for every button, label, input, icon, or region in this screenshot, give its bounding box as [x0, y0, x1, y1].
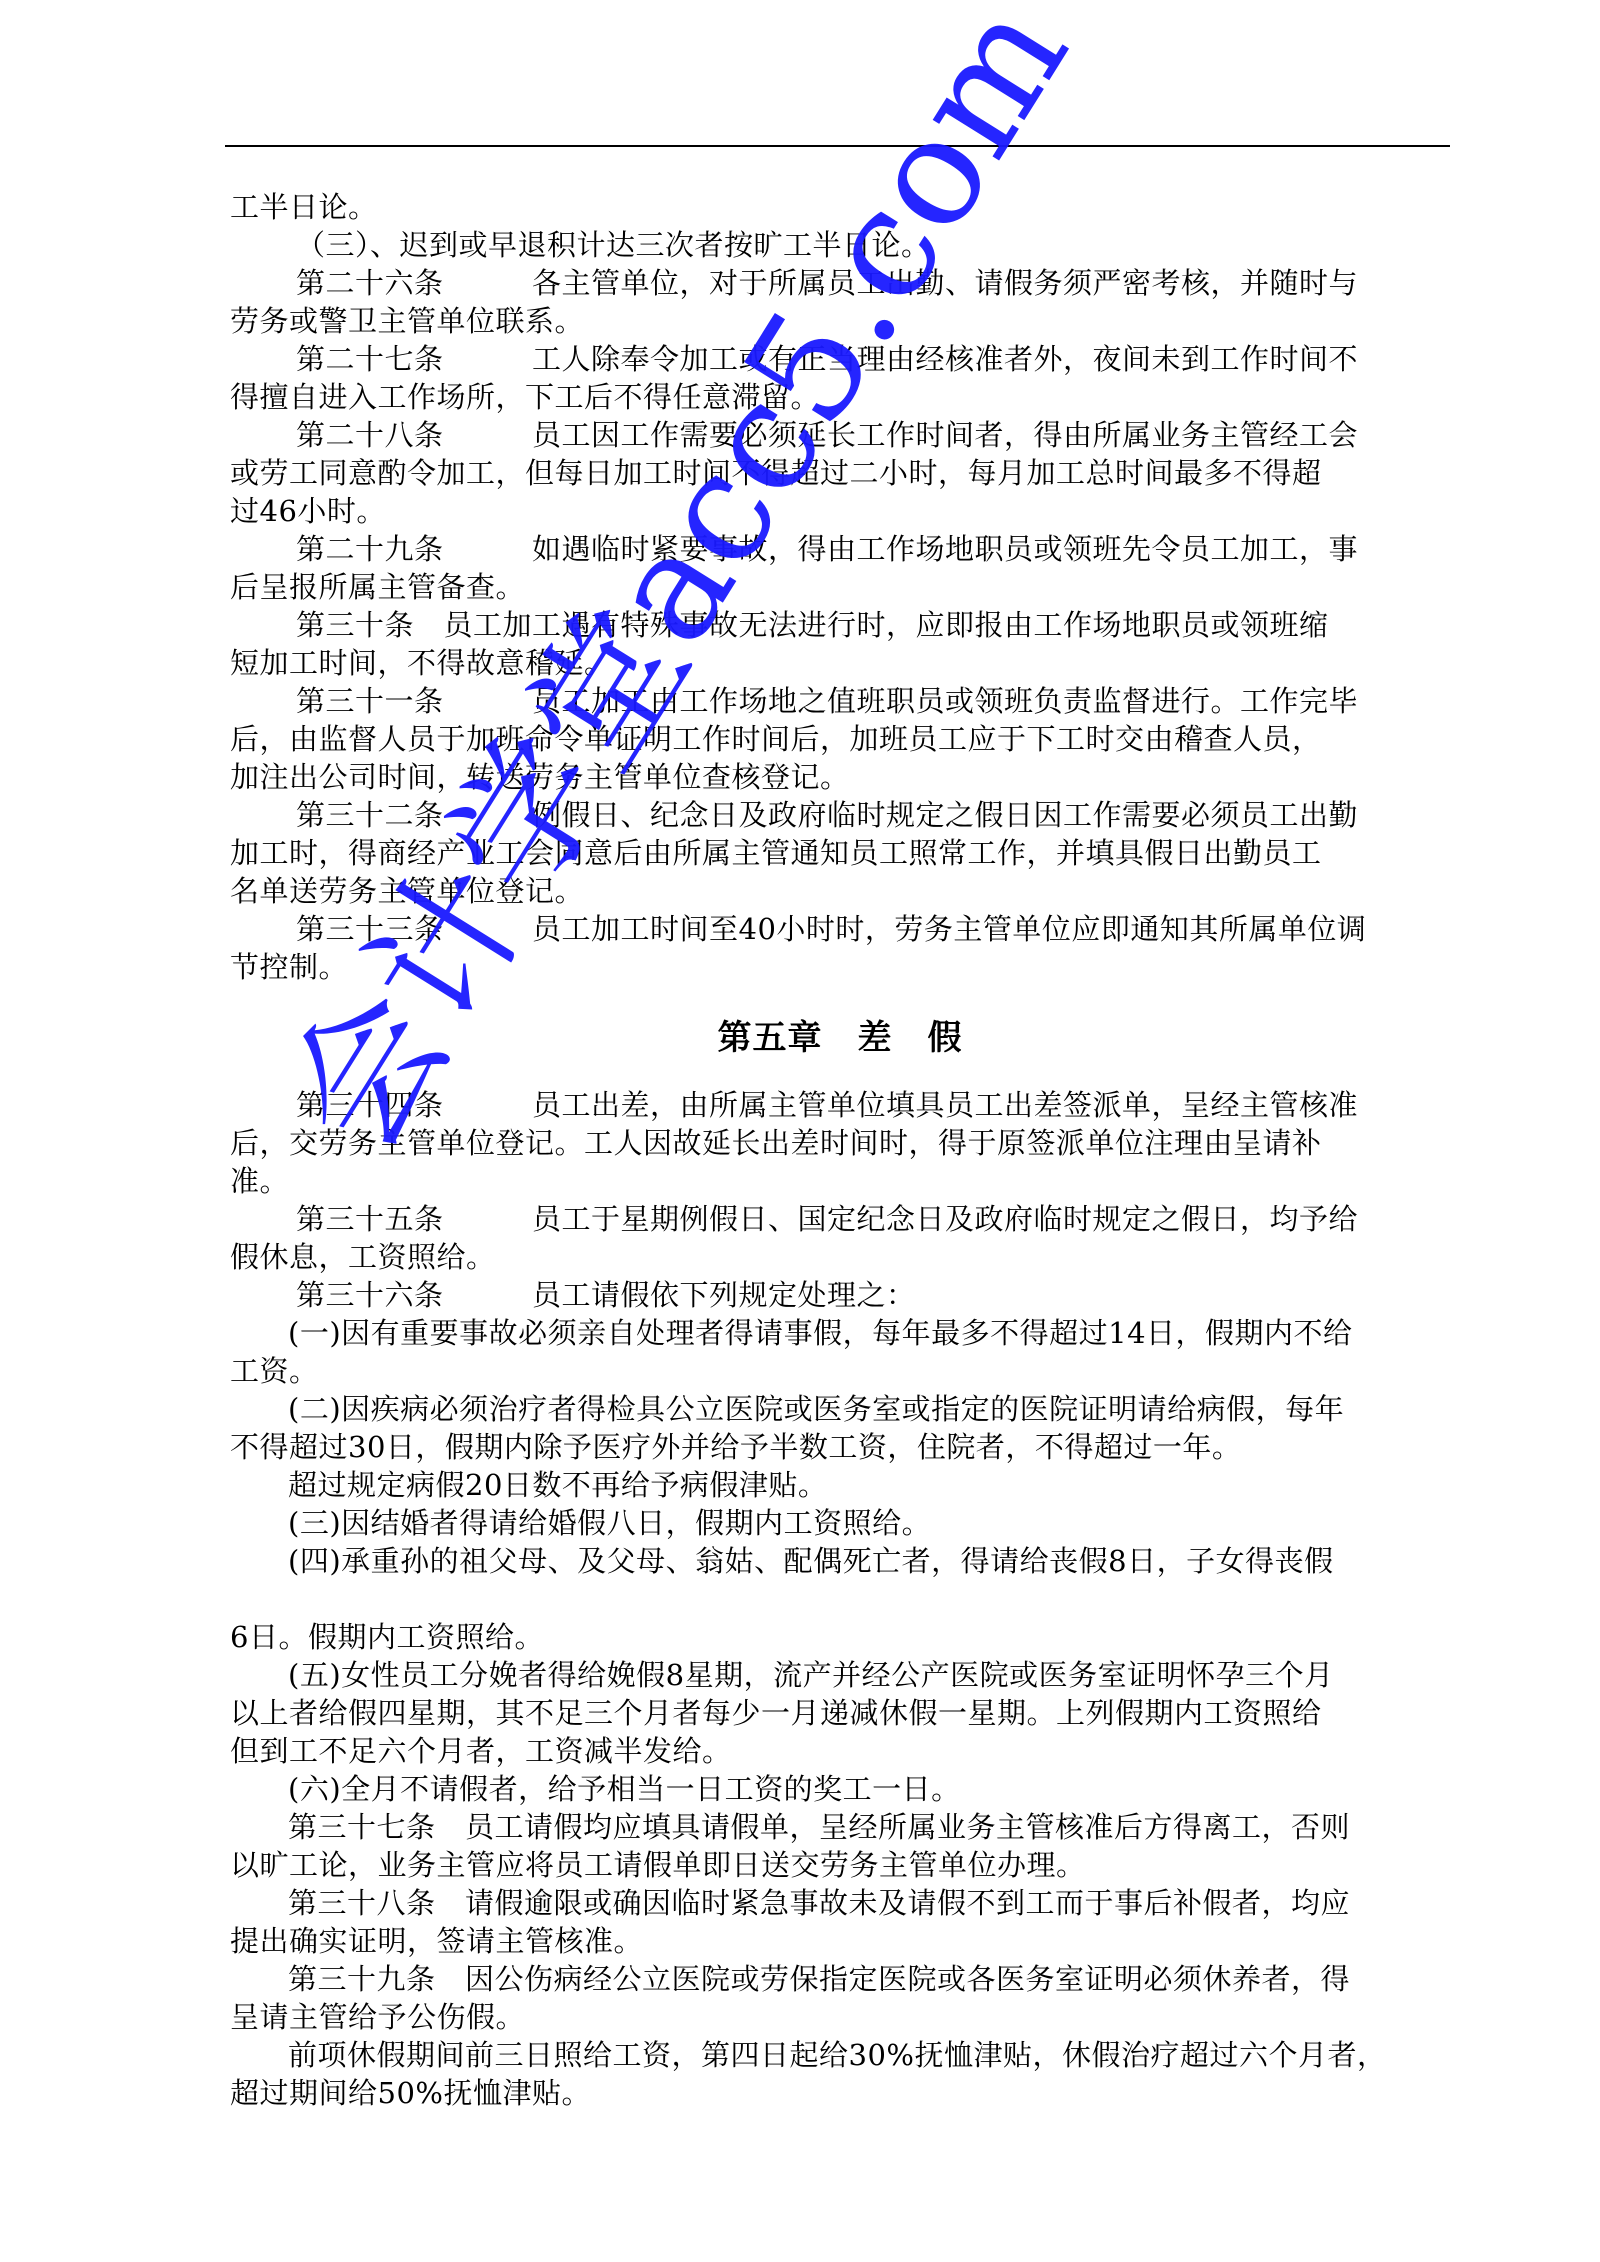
document-page: 工半日论。（三）、迟到或早退积计达三次者按旷工半日论。第二十六条 各主管单位，对…	[230, 188, 1450, 2112]
text-line: 以上者给假四星期，其不足三个月者每少一月递减休假一星期。上列假期内工资照给	[230, 1694, 1450, 1732]
text-line: 第三十五条 员工于星期例假日、国定纪念日及政府临时规定之假日，均予给	[230, 1200, 1450, 1238]
articles-chapter4-continued: 工半日论。（三）、迟到或早退积计达三次者按旷工半日论。第二十六条 各主管单位，对…	[230, 188, 1450, 986]
text-line: 第二十九条 如遇临时紧要事故，得由工作场地职员或领班先令员工加工，事	[230, 530, 1450, 568]
text-line: 工资。	[230, 1352, 1450, 1390]
text-line: 但到工不足六个月者，工资减半发给。	[230, 1732, 1450, 1770]
text-line: 超过规定病假20日数不再给予病假津贴。	[230, 1466, 1450, 1504]
text-line: (六)全月不请假者，给予相当一日工资的奖工一日。	[230, 1770, 1450, 1808]
text-line: 第三十七条 员工请假均应填具请假单，呈经所属业务主管核准后方得离工，否则	[230, 1808, 1450, 1846]
text-line: 超过期间给50%抚恤津贴。	[230, 2074, 1450, 2112]
text-line: 第二十八条 员工因工作需要必须延长工作时间者，得由所属业务主管经工会	[230, 416, 1450, 454]
text-line: 工半日论。	[230, 188, 1450, 226]
text-line: (二)因疾病必须治疗者得检具公立医院或医务室或指定的医院证明请给病假，每年	[230, 1390, 1450, 1428]
text-line: 加注出公司时间，转送劳务主管单位查核登记。	[230, 758, 1450, 796]
text-line: 不得超过30日，假期内除予医疗外并给予半数工资，住院者，不得超过一年。	[230, 1428, 1450, 1466]
text-line: （三）、迟到或早退积计达三次者按旷工半日论。	[230, 226, 1450, 264]
text-line: (五)女性员工分娩者得给娩假8星期，流产并经公产医院或医务室证明怀孕三个月	[230, 1656, 1450, 1694]
articles-chapter5-part2: 6日。假期内工资照给。(五)女性员工分娩者得给娩假8星期，流产并经公产医院或医务…	[230, 1618, 1450, 2112]
text-line: 得擅自进入工作场所，下工后不得任意滞留。	[230, 378, 1450, 416]
text-line: 前项休假期间前三日照给工资，第四日起给30%抚恤津贴，休假治疗超过六个月者，	[230, 2036, 1450, 2074]
text-line: 第三十二条 例假日、纪念日及政府临时规定之假日因工作需要必须员工出勤	[230, 796, 1450, 834]
text-line: 名单送劳务主管单位登记。	[230, 872, 1450, 910]
text-line: 呈请主管给予公伤假。	[230, 1998, 1450, 2036]
page-gap	[230, 1580, 1450, 1618]
text-line: 假休息，工资照给。	[230, 1238, 1450, 1276]
text-line: 节控制。	[230, 948, 1450, 986]
text-line: 第二十七条 工人除奉令加工或有正当理由经核准者外，夜间未到工作时间不	[230, 340, 1450, 378]
text-line: 第三十八条 请假逾限或确因临时紧急事故未及请假不到工而于事后补假者，均应	[230, 1884, 1450, 1922]
text-line: 后，交劳务主管单位登记。工人因故延长出差时间时，得于原签派单位注理由呈请补	[230, 1124, 1450, 1162]
text-line: 第三十九条 因公伤病经公立医院或劳保指定医院或各医务室证明必须休养者，得	[230, 1960, 1450, 1998]
text-line: 短加工时间，不得故意稽延。	[230, 644, 1450, 682]
text-line: 或劳工同意酌令加工，但每日加工时间不得超过二小时，每月加工总时间最多不得超	[230, 454, 1450, 492]
text-line: (一)因有重要事故必须亲自处理者得请事假，每年最多不得超过14日，假期内不给	[230, 1314, 1450, 1352]
text-line: 第二十六条 各主管单位，对于所属员工出勤、请假务须严密考核，并随时与	[230, 264, 1450, 302]
text-line: 第三十三条 员工加工时间至40小时时，劳务主管单位应即通知其所属单位调	[230, 910, 1450, 948]
header-rule	[225, 145, 1450, 147]
text-line: 过46小时。	[230, 492, 1450, 530]
text-line: 后，由监督人员于加班命令单证明工作时间后，加班员工应于下工时交由稽查人员，	[230, 720, 1450, 758]
text-line: 第三十六条 员工请假依下列规定处理之：	[230, 1276, 1450, 1314]
text-line: 第三十四条 员工出差，由所属主管单位填具员工出差签派单，呈经主管核准	[230, 1086, 1450, 1124]
text-line: (三)因结婚者得请给婚假八日，假期内工资照给。	[230, 1504, 1450, 1542]
text-line: 以旷工论，业务主管应将员工请假单即日送交劳务主管单位办理。	[230, 1846, 1450, 1884]
text-line: 6日。假期内工资照给。	[230, 1618, 1450, 1656]
text-line: 第三十一条 员工加工由工作场地之值班职员或领班负责监督进行。工作完毕	[230, 682, 1450, 720]
text-line: 加工时，得商经产业工会同意后由所属主管通知员工照常工作，并填具假日出勤员工	[230, 834, 1450, 872]
text-line: (四)承重孙的祖父母、及父母、翁姑、配偶死亡者，得请给丧假8日，子女得丧假	[230, 1542, 1450, 1580]
text-line: 第三十条 员工加工遇有特殊事故无法进行时，应即报由工作场地职员或领班缩	[230, 606, 1450, 644]
text-line: 准。	[230, 1162, 1450, 1200]
text-line: 提出确实证明，签请主管核准。	[230, 1922, 1450, 1960]
text-line: 后呈报所属主管备查。	[230, 568, 1450, 606]
text-line: 劳务或警卫主管单位联系。	[230, 302, 1450, 340]
articles-chapter5-part1: 第三十四条 员工出差，由所属主管单位填具员工出差签派单，呈经主管核准后，交劳务主…	[230, 1086, 1450, 1580]
chapter-heading: 第五章 差 假	[230, 1008, 1450, 1068]
